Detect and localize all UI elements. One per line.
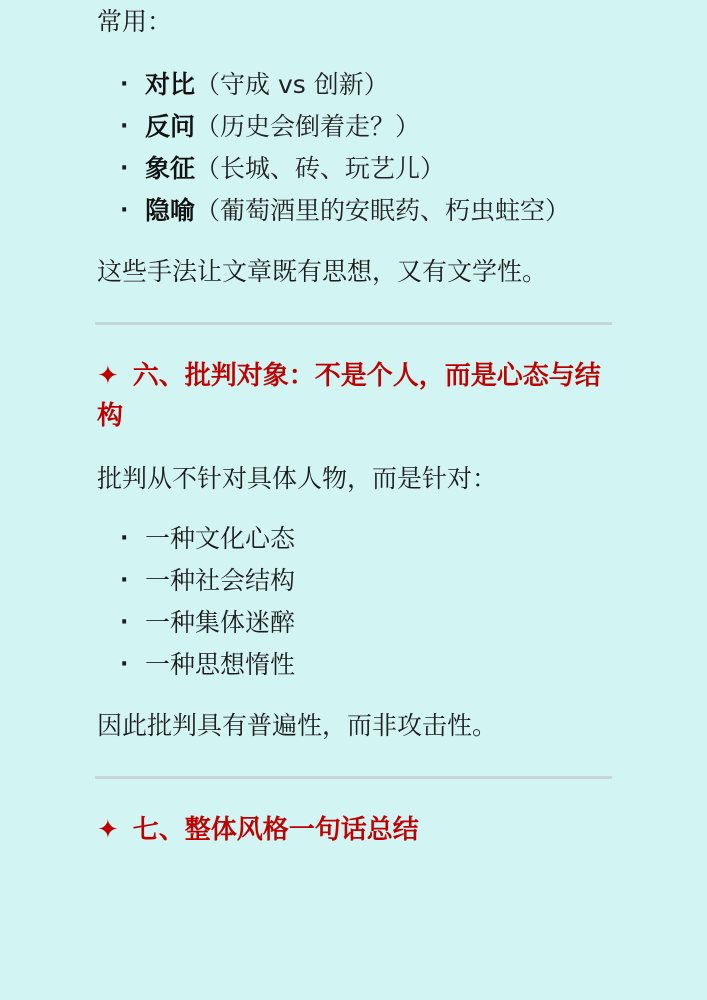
technique-term: 象征 [145,154,195,183]
list-item: ·一种思想惰性 [97,644,295,686]
section-7-title: 七、整体风格一句话总结 [133,815,419,845]
bullet-icon: · [120,644,128,686]
list-item: ·象征（长城、砖、玩艺儿） [97,148,570,190]
section-6-intro: 批判从不针对具体人物，而是针对： [97,463,497,495]
list-item: ·反问（历史会倒着走？） [97,106,570,148]
list-item: ·一种文化心态 [97,518,295,560]
technique-term: 反问 [145,112,195,141]
bullet-icon: · [120,64,128,106]
critique-targets-list: ·一种文化心态 ·一种社会结构 ·一种集体迷醉 ·一种思想惰性 [97,518,295,686]
techniques-summary: 这些手法让文章既有思想，又有文学性。 [97,256,547,288]
technique-detail: （历史会倒着走？） [195,112,420,141]
section-divider [95,776,612,779]
critique-target: 一种文化心态 [145,524,295,553]
bullet-icon: · [120,190,128,232]
critique-target: 一种社会结构 [145,566,295,595]
section-6-conclusion: 因此批判具有普遍性，而非攻击性。 [97,710,497,742]
section-7-heading: ✦七、整体风格一句话总结 [97,810,617,850]
technique-detail: （长城、砖、玩艺儿） [195,154,445,183]
critique-target: 一种思想惰性 [145,650,295,679]
technique-detail: （葡萄酒里的安眠药、朽虫蛀空） [195,196,570,225]
section-6-title: 六、批判对象：不是个人，而是心态与结构 [97,361,601,431]
list-item: ·对比（守成 vs 创新） [97,64,570,106]
bullet-icon: · [120,602,128,644]
bullet-icon: · [120,148,128,190]
section-divider [95,322,612,325]
technique-term: 对比 [145,70,195,99]
bullet-icon: · [120,518,128,560]
diamond-icon: ✦ [97,810,119,850]
critique-target: 一种集体迷醉 [145,608,295,637]
list-item: ·隐喻（葡萄酒里的安眠药、朽虫蛀空） [97,190,570,232]
list-item: ·一种社会结构 [97,560,295,602]
techniques-intro-label: 常用： [97,6,172,38]
techniques-list: ·对比（守成 vs 创新） ·反问（历史会倒着走？） ·象征（长城、砖、玩艺儿）… [97,64,570,232]
section-6-heading: ✦六、批判对象：不是个人，而是心态与结构 [97,356,617,436]
bullet-icon: · [120,560,128,602]
bullet-icon: · [120,106,128,148]
list-item: ·一种集体迷醉 [97,602,295,644]
technique-detail: （守成 vs 创新） [195,70,389,99]
diamond-icon: ✦ [97,356,119,396]
technique-term: 隐喻 [145,196,195,225]
